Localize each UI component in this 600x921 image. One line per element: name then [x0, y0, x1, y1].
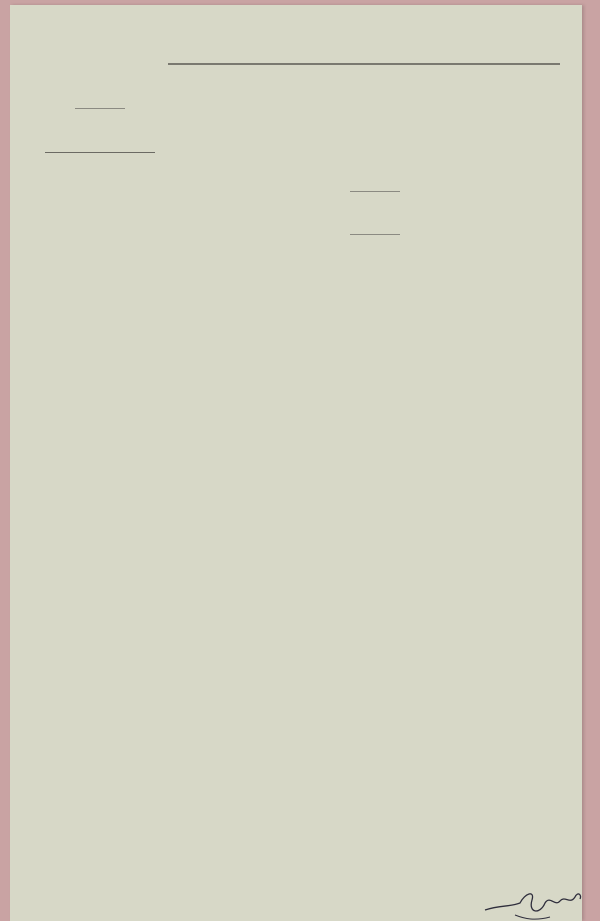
mayor-signature-icon — [480, 885, 590, 921]
header-rule — [168, 63, 560, 65]
document-page — [10, 5, 582, 921]
divider — [350, 191, 400, 192]
divider — [350, 234, 400, 235]
divider — [75, 108, 125, 109]
divider — [45, 152, 155, 153]
